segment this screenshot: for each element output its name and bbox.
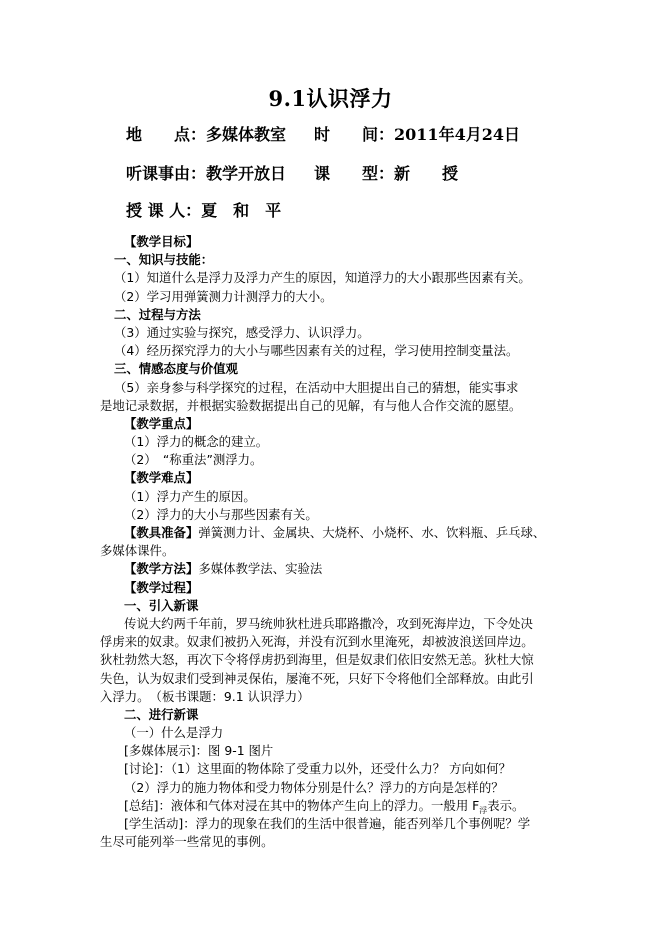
- section-heading-process: 【教学过程】: [100, 579, 570, 597]
- time-value: 2011年4月24日: [394, 122, 520, 145]
- difficulty-item: （2）浮力的大小与那些因素有关。: [100, 506, 570, 524]
- location-value: 多媒体教室: [206, 122, 314, 145]
- teaching-aids-label: 【教具准备】: [124, 525, 198, 540]
- multimedia-display-line: [多媒体展示]：图 9-1 图片: [100, 742, 570, 760]
- type-label: 课 型：: [314, 161, 394, 184]
- story-paragraph-line: 入浮力。 （板书课题：9.1 认识浮力）: [100, 688, 570, 706]
- header-row-reason-type: 听课事由：教学开放日课 型：新 授: [126, 161, 458, 184]
- student-activity-continued: 生尽可能列举一些常见的事例。: [100, 833, 570, 851]
- teaching-method-label: 【教学方法】: [124, 561, 198, 576]
- story-paragraph-line: 狄杜勃然大怒，再次下令将俘虏扔到海里，但是奴隶们依旧安然无恙。狄杜大惊: [100, 651, 570, 669]
- document-page: 9.1认识浮力 地 点：多媒体教室时 间：2011年4月24日 听课事由：教学开…: [0, 0, 661, 935]
- summary-text: [总结]：液体和气体对浸在其中的物体产生向上的浮力。一般用 F: [124, 798, 479, 813]
- difficulty-item: （1）浮力产生的原因。: [100, 488, 570, 506]
- type-value: 新 授: [394, 161, 458, 184]
- subheading-knowledge-skills: 一、知识与技能：: [100, 251, 570, 269]
- reason-label: 听课事由：: [126, 161, 206, 184]
- header-row-teacher: 授 课 人：夏 和 平: [126, 198, 281, 221]
- summary-text-end: 表示。: [487, 798, 524, 813]
- objective-item: （2）学习用弹簧测力计测浮力的大小。: [100, 288, 570, 306]
- objective-item-continued: 是地记录数据，并根据实验数据提出自己的见解，有与他人合作交流的愿望。: [100, 397, 570, 415]
- objective-item: （1）知道什么是浮力及浮力产生的原因，知道浮力的大小跟那些因素有关。: [100, 269, 570, 287]
- teaching-method-line: 【教学方法】多媒体教学法、实验法: [100, 560, 570, 578]
- document-title: 9.1认识浮力: [0, 83, 661, 113]
- discussion-line: [讨论]：（1）这里面的物体除了受重力以外，还受什么力？ 方向如何？: [100, 760, 570, 778]
- student-activity-line: [学生活动]：浮力的现象在我们的生活中很普遍，能否列举几个事例呢？学: [100, 815, 570, 833]
- section-heading-key-points: 【教学重点】: [100, 415, 570, 433]
- teaching-aids-continued: 多媒体课件。: [100, 542, 570, 560]
- reason-value: 教学开放日: [206, 161, 314, 184]
- teaching-aids-line: 【教具准备】弹簧测力计、金属块、大烧杯、小烧杯、水、饮料瓶、乒乓球、: [100, 524, 570, 542]
- section-heading-difficulties: 【教学难点】: [100, 469, 570, 487]
- story-paragraph-line: 俘虏来的奴隶。奴隶们被扔入死海，并没有沉到水里淹死，却被波浪送回岸边。: [100, 633, 570, 651]
- subheading-process-method: 二、过程与方法: [100, 306, 570, 324]
- subheading-introduce-lesson: 一、引入新课: [100, 597, 570, 615]
- header-row-location-time: 地 点：多媒体教室时 间：2011年4月24日: [126, 122, 520, 145]
- teacher-value: 夏 和 平: [201, 198, 281, 221]
- location-label: 地 点：: [126, 122, 206, 145]
- teacher-label: 授 课 人：: [126, 198, 201, 221]
- story-paragraph-line: 传说大约两千年前，罗马统帅狄杜进兵耶路撒冷，攻到死海岸边，下令处决: [100, 615, 570, 633]
- objective-item: （3）通过实验与探究，感受浮力、认识浮力。: [100, 324, 570, 342]
- key-point-item: （1）浮力的概念的建立。: [100, 433, 570, 451]
- teaching-aids-text: 弹簧测力计、金属块、大烧杯、小烧杯、水、饮料瓶、乒乓球、: [198, 525, 545, 540]
- document-body: 【教学目标】 一、知识与技能： （1）知道什么是浮力及浮力产生的原因，知道浮力的…: [100, 233, 570, 851]
- section-heading-objectives: 【教学目标】: [100, 233, 570, 251]
- topic-what-is-buoyancy: （一）什么是浮力: [100, 724, 570, 742]
- time-label: 时 间：: [314, 122, 394, 145]
- key-point-item: （2） “称重法”测浮力。: [100, 451, 570, 469]
- subheading-attitudes-values: 三、情感态度与价值观: [100, 360, 570, 378]
- summary-line: [总结]：液体和气体对浸在其中的物体产生向上的浮力。一般用 F浮表示。: [100, 797, 570, 815]
- objective-item: （5）亲身参与科学探究的过程，在活动中大胆提出自己的猜想，能实事求: [100, 379, 570, 397]
- discussion-line: （2）浮力的施力物体和受力物体分别是什么？浮力的方向是怎样的？: [100, 779, 570, 797]
- objective-item: （4）经历探究浮力的大小与哪些因素有关的过程，学习使用控制变量法。: [100, 342, 570, 360]
- story-paragraph-line: 失色，认为奴隶们受到神灵保佑，屡淹不死，只好下令将他们全部释放。由此引: [100, 670, 570, 688]
- subheading-new-lesson: 二、进行新课: [100, 706, 570, 724]
- teaching-method-text: 多媒体教学法、实验法: [198, 561, 322, 576]
